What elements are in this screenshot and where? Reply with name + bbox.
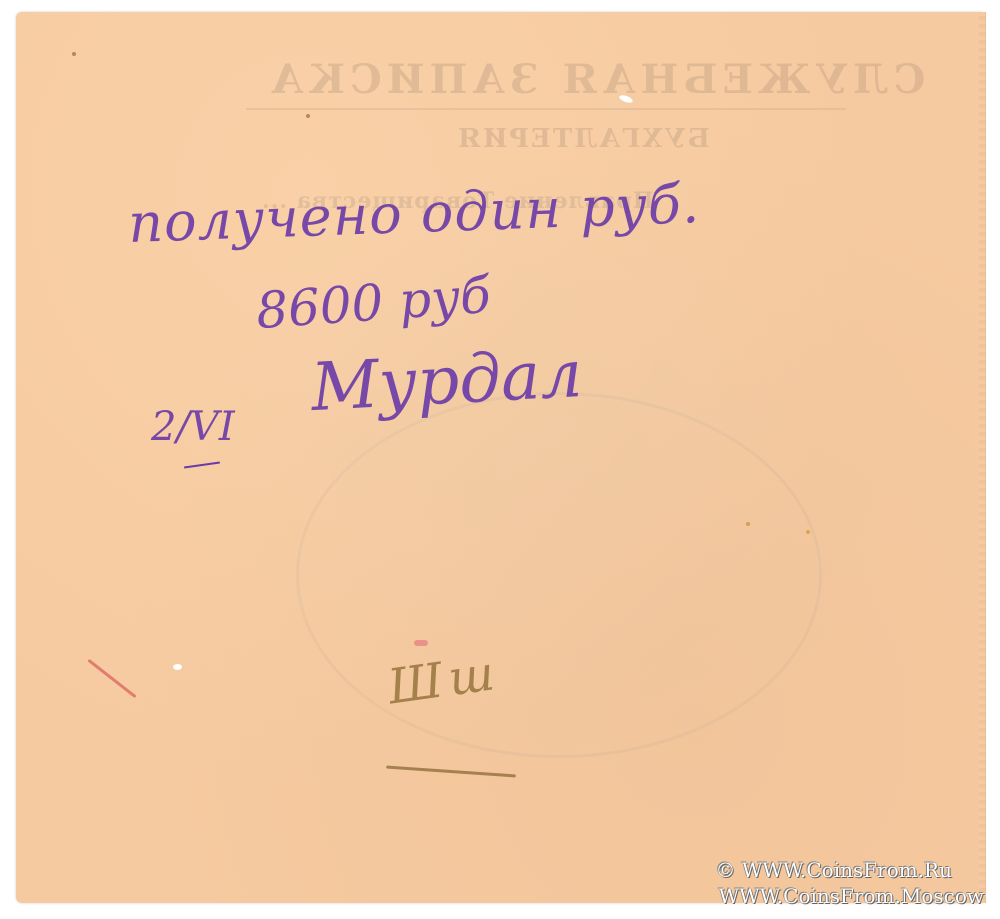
watermark-line-2: WWW.CoinsFrom.Moscow <box>719 884 984 908</box>
mirrored-print-subtitle: БУХГАЛТЕРИЯ <box>456 124 710 154</box>
document-paper: СЛУЖЕБНАЯ ЗАПИСКА БУХГАЛТЕРИЯ Правление … <box>16 12 984 903</box>
handwritten-amount: 8600 руб <box>254 266 492 340</box>
handwritten-date: 2/VI <box>151 404 235 450</box>
mirrored-print-rule <box>246 108 846 110</box>
red-pencil-dot <box>414 640 428 646</box>
perforated-edge <box>979 12 986 903</box>
faint-stamp-show-through <box>296 392 822 758</box>
watermark-line-1: © WWW.CoinsFrom.Ru <box>715 858 952 882</box>
brown-ink-stroke <box>386 765 516 777</box>
paper-speck <box>72 52 76 56</box>
paper-speck <box>746 522 750 526</box>
mirrored-print-title: СЛУЖЕБНАЯ ЗАПИСКА <box>266 56 925 103</box>
handwritten-signature: Мурдал <box>309 335 584 426</box>
red-pencil-mark <box>87 659 136 698</box>
paper-hole <box>173 664 182 670</box>
paper-speck <box>806 530 810 534</box>
handwritten-received-note: получено один руб. <box>127 172 701 255</box>
date-underline <box>184 462 220 469</box>
paper-speck <box>306 114 310 118</box>
